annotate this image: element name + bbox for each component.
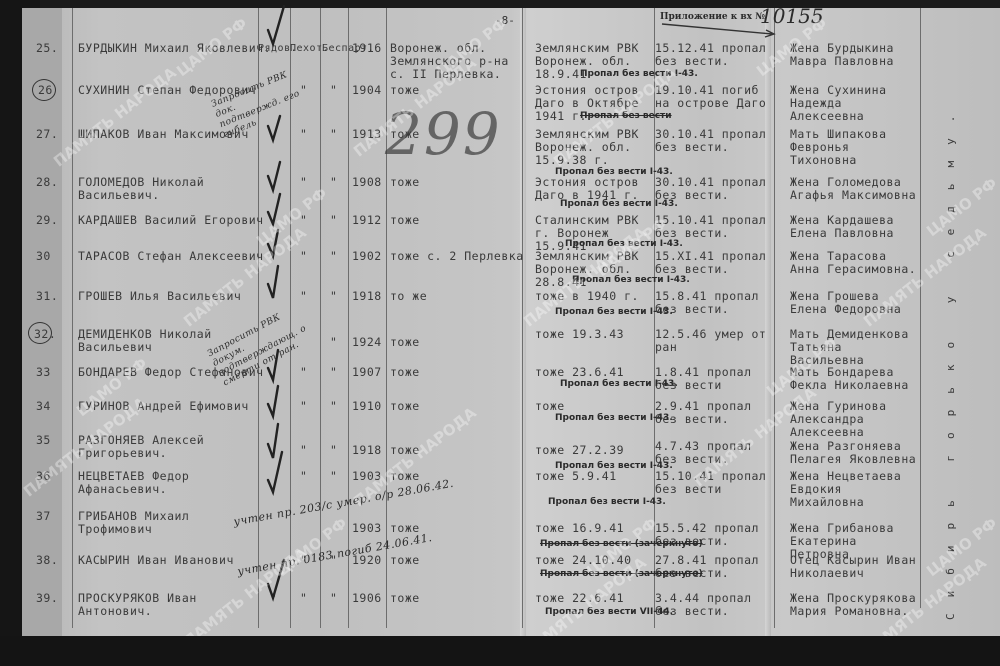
fate-info: 19.10.41 погиб на острове Даго	[655, 84, 773, 110]
party-col: "	[330, 444, 337, 457]
next-of-kin: Жена Бурдыкина Мавра Павловна	[790, 42, 920, 68]
next-of-kin: Отец Касырин Иван Николаевич	[790, 554, 920, 580]
birth-year: 1918	[352, 290, 382, 303]
party-col: "	[330, 214, 337, 227]
fate-info: 12.5.46 умер от ран	[655, 328, 773, 354]
missing-stamp: Пропал без вести I-43.	[555, 412, 673, 425]
soldier-name: КАРДАШЕВ Василий Егорович	[78, 214, 264, 227]
birth-year: 1902	[352, 250, 382, 263]
role-col: "	[300, 250, 307, 263]
next-of-kin: Жена Тарасова Анна Герасимовна.	[790, 250, 920, 276]
next-of-kin: Мать Шипакова Февронья Тихоновна	[790, 128, 920, 167]
missing-stamp: Пропал без вести I-43.	[555, 306, 673, 319]
birthplace: тоже	[390, 214, 420, 227]
birthplace: то же	[390, 290, 427, 303]
birth-year: 1904	[352, 84, 382, 97]
next-of-kin: Жена Гуринова Александра Алексеевна	[790, 400, 925, 439]
birth-year: 1912	[352, 214, 382, 227]
birth-year: 1924	[352, 336, 382, 349]
missing-stamp: Пропал без вести I-43.	[560, 198, 678, 211]
birth-year: 1916	[352, 42, 382, 55]
row-number: 25.	[36, 42, 58, 55]
party-col: "	[330, 592, 337, 605]
soldier-name: НЕЦВЕТАЕВ Федор Афанасьевич.	[78, 470, 253, 496]
role-col: "	[300, 470, 307, 483]
vertical-margin-text: Сибирь горько у седьму.	[944, 50, 964, 620]
next-of-kin: Жена Кардашева Елена Павловна	[790, 214, 920, 240]
row-number: 29.	[36, 214, 58, 227]
column-rule	[348, 8, 349, 628]
column-rule	[774, 8, 775, 628]
birth-year: 1907	[352, 366, 382, 379]
birth-year: 1918	[352, 444, 382, 457]
draft-info: тоже 16.9.41	[535, 522, 624, 535]
fate-info: 15.10.41 пропал без вести.	[655, 214, 773, 240]
next-of-kin: Жена Нецветаева Евдокия Михайловна	[790, 470, 920, 509]
soldier-name: БОНДАРЕВ Федор Стефанович	[78, 366, 264, 379]
role-col: "	[300, 592, 307, 605]
birth-year: 1903	[352, 522, 382, 535]
birthplace: тоже	[390, 554, 420, 567]
birth-year: 1906	[352, 592, 382, 605]
next-of-kin: Жена Сухинина Надежда Алексеевна	[790, 84, 920, 123]
birthplace: тоже	[390, 366, 420, 379]
row-number: 33	[36, 366, 51, 379]
role-col: "	[300, 176, 307, 189]
birthplace: тоже	[390, 400, 420, 413]
row-number: 26	[38, 84, 53, 97]
draft-info: тоже 27.2.39	[535, 444, 624, 457]
rank-col: "	[270, 592, 277, 605]
row-number: 30	[36, 250, 51, 263]
draft-info: тоже 5.9.41	[535, 470, 617, 483]
draft-info: тоже 19.3.43	[535, 328, 624, 341]
soldier-name: ГОЛОМЕДОВ Николай Васильевич.	[78, 176, 253, 202]
soldier-name: ТАРАСОВ Стефан Алексеевич	[78, 250, 264, 263]
next-of-kin: Жена Разгоняева Пелагея Яковлевна	[790, 440, 920, 466]
party-col: "	[330, 470, 337, 483]
row-number: 27.	[36, 128, 58, 141]
party-col: "	[330, 336, 337, 349]
birth-year: 1910	[352, 400, 382, 413]
row-number: 31.	[36, 290, 58, 303]
row-number: 35	[36, 434, 51, 447]
role-col: "	[300, 400, 307, 413]
soldier-name: ГРИБАНОВ Михаил Трофимович	[78, 510, 253, 536]
missing-stamp: Пропал без вести I-43.	[548, 496, 666, 509]
missing-stamp: Пропал без вести I-43.	[580, 68, 698, 81]
party-col: "	[330, 250, 337, 263]
party-col: "	[330, 400, 337, 413]
birthplace: тоже с. 2 Перлевка	[390, 250, 524, 263]
row-number: 28.	[36, 176, 58, 189]
party-col: "	[330, 366, 337, 379]
fate-info: 30.10.41 пропал без вести.	[655, 128, 773, 154]
role-col: "	[300, 444, 307, 457]
party-col: "	[330, 290, 337, 303]
party-col: "	[330, 128, 337, 141]
birth-year: 1908	[352, 176, 382, 189]
birthplace: тоже	[390, 176, 420, 189]
column-rule	[72, 8, 73, 628]
row-number: 38.	[36, 554, 58, 567]
missing-stamp: Пропал без вести I-43.	[560, 378, 678, 391]
fate-info: 15.XI.41 пропал без вести.	[655, 250, 773, 276]
birthplace: тоже	[390, 592, 420, 605]
soldier-name: КАСЫРИН Иван Иванович	[78, 554, 234, 567]
column-rule	[920, 8, 921, 608]
row-number: 32.	[34, 328, 56, 341]
soldier-name: БУРДЫКИН Михаил Яковлевич.	[78, 42, 271, 55]
scan-background-bottom	[0, 636, 1000, 666]
arrow-icon	[660, 20, 780, 40]
birthplace: тоже	[390, 336, 420, 349]
row-number: 37	[36, 510, 51, 523]
party-col: "	[330, 176, 337, 189]
row-number: 39.	[36, 592, 58, 605]
role-col: "	[300, 128, 307, 141]
party-col: "	[330, 84, 337, 97]
role-col: "	[300, 366, 307, 379]
row-number: 34	[36, 400, 51, 413]
next-of-kin: Жена Голомедова Агафья Максимовна	[790, 176, 920, 202]
